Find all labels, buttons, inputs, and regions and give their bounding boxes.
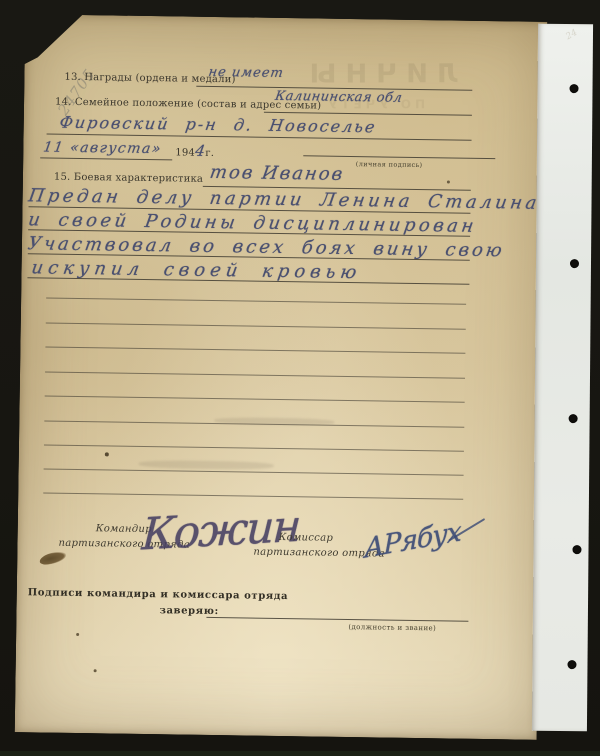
bleed-through-mark [139,460,274,470]
ruled-line [46,323,466,330]
bleed-through-title: ЛИЧНЫ [300,59,458,89]
speck [105,452,109,456]
field-family-value-1: Калининская обл [274,89,403,106]
field-family-value-2: Фировский р-н д. Новоселье [58,113,378,137]
speck [94,669,97,672]
pencil-strip-mark: 24 [564,28,579,42]
ruled-line [40,157,172,160]
ink-blot [38,550,67,567]
ruled-line [45,347,465,354]
ruled-line [44,468,464,475]
commissar-label-1: Комиссар [279,532,334,544]
punch-hole [569,84,578,93]
field-combat-label: 15. Боевая характеристика [54,172,203,185]
printed-year-prefix: 194 [175,147,195,158]
field-combat-value: тов Иванов [208,162,345,185]
ruled-line [45,371,465,378]
speck [76,633,79,636]
ruled-line [46,298,466,305]
ruled-line [45,395,465,402]
document-page: 24705 ЛИЧНЫ ПО УЧЕТУ 13. Награды (ордена… [15,14,548,740]
certify-line-1: Подписи командира и комиссара отряда [28,587,289,602]
ruled-line [44,444,464,451]
punch-hole [572,545,581,554]
ruled-line [206,617,468,622]
bleed-through-mark [214,417,334,426]
punch-hole [570,259,579,268]
underlying-page-edge: 24 [532,24,593,731]
position-rank-caption: (должность и звание) [302,622,482,633]
ruled-line [303,155,495,159]
punch-hole [567,660,576,669]
field-awards-value: не имеет [207,65,285,81]
field-date-value: 11 «августа» [42,139,163,157]
certify-line-2: заверяю: [159,605,218,617]
speck [447,180,450,183]
scanner-edge-artifact [0,751,600,756]
ruled-line [43,492,463,499]
commissar-signature: АРябух [364,516,460,565]
scanned-document-background: 24705 ЛИЧНЫ ПО УЧЕТУ 13. Награды (ордена… [0,0,600,756]
punch-hole [569,414,578,423]
printed-year-suffix: г. [205,148,214,159]
